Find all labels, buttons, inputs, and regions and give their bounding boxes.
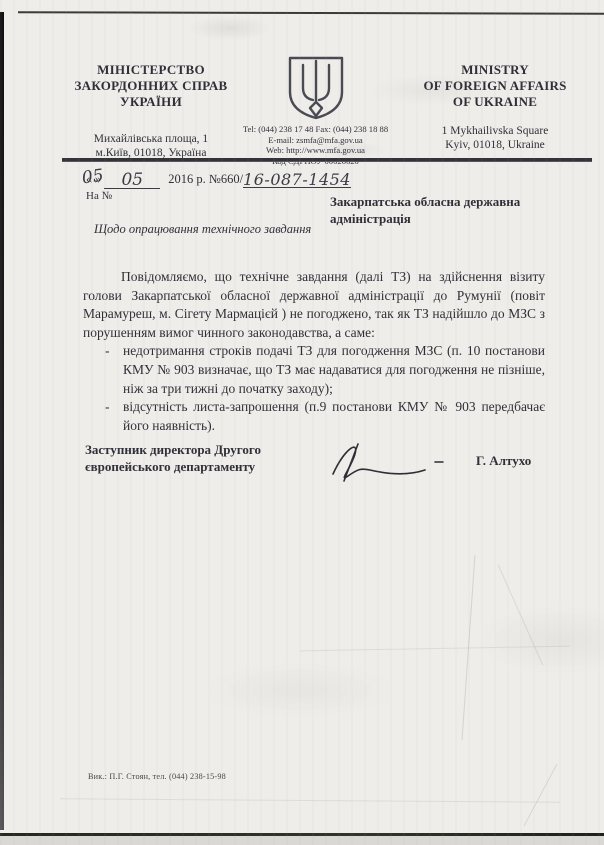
address-en: 1 Mykhailivska Square Kyiv, 01018, Ukrai… (398, 124, 592, 152)
letterhead-ukrainian-block: МІНІСТЕРСТВО ЗАКОРДОННИХ СПРАВ УКРАЇНИ М… (62, 62, 240, 160)
subject-line: Щодо опрацювання технічного завдання (94, 222, 311, 237)
letterhead-english-block: MINISTRY OF FOREIGN AFFAIRS OF UKRAINE 1… (398, 62, 592, 152)
paper-crease (300, 646, 570, 652)
ministry-name-en-line2: OF FOREIGN AFFAIRS (398, 78, 592, 94)
reply-to-label: На № (86, 190, 112, 202)
ukraine-trident-emblem-icon (285, 56, 347, 120)
ministry-name-ua-line3: УКРАЇНИ (62, 94, 240, 110)
body-paragraph: Повідомляємо, що технічне завдання (далі… (83, 268, 545, 342)
reference-number-line: «05» 052016 р. №660/16-087-1454 (86, 168, 351, 189)
handwritten-outgoing-number: 16-087-1454 (243, 170, 351, 189)
letterhead-divider-rule (62, 158, 592, 162)
ministry-name-en-line1: MINISTRY (398, 62, 592, 78)
tel-fax-line: Tel: (044) 238 17 48 Fax: (044) 238 18 8… (228, 124, 403, 135)
handwritten-month: 05 (121, 170, 143, 190)
scanned-letter-page: МІНІСТЕРСТВО ЗАКОРДОННИХ СПРАВ УКРАЇНИ М… (0, 0, 604, 845)
printed-ref-part: 2016 р. №660/ (168, 172, 243, 186)
address-en-line1: 1 Mykhailivska Square (398, 124, 592, 138)
ministry-name-en-line3: OF UKRAINE (398, 94, 592, 110)
bullet-dash: - (105, 398, 123, 435)
paper-crease (462, 555, 476, 740)
number-blank: 16-087-1454 (243, 168, 351, 188)
letterhead-center-block: Tel: (044) 238 17 48 Fax: (044) 238 18 8… (228, 56, 403, 166)
letter-body: Повідомляємо, що технічне завдання (далі… (83, 268, 545, 435)
bullet-dash: - (105, 342, 123, 398)
recipient-block: Закарпатська обласна державна адміністра… (330, 193, 570, 227)
month-blank: 05 (104, 168, 160, 189)
ministry-name-ua: МІНІСТЕРСТВО ЗАКОРДОННИХ СПРАВ УКРАЇНИ (62, 62, 240, 110)
ministry-name-ua-line2: ЗАКОРДОННИХ СПРАВ (62, 78, 240, 94)
address-ua: Михайлівська площа, 1 м.Київ, 01018, Укр… (62, 132, 240, 160)
ministry-name-en: MINISTRY OF FOREIGN AFFAIRS OF UKRAINE (398, 62, 592, 110)
executor-note: Вик.: П.Г. Стоян, тел. (044) 238-15-98 (88, 772, 226, 781)
signer-title: Заступник директора Другого європейськог… (85, 441, 315, 475)
paper-crease (60, 798, 560, 802)
bullet-list: - недотримання строків подачі ТЗ для пог… (105, 342, 545, 435)
recipient-line1: Закарпатська обласна державна (330, 193, 570, 210)
bullet-text-2: відсутність листа-запрошення (п.9 постан… (123, 398, 545, 435)
handwritten-signature (325, 438, 455, 488)
handwritten-day: 05 (81, 166, 105, 189)
scan-artifact-top-line (18, 11, 604, 15)
signer-name: Г. Алтухо (476, 453, 531, 469)
ministry-name-ua-line1: МІНІСТЕРСТВО (62, 62, 240, 78)
address-ua-line1: Михайлівська площа, 1 (62, 132, 240, 146)
paper-crease (524, 764, 558, 826)
recipient-line2: адміністрація (330, 210, 570, 227)
web-line: Web: http://www.mfa.gov.ua (228, 145, 403, 156)
signer-title-line1: Заступник директора Другого (85, 441, 315, 458)
signer-title-line2: європейського департаменту (85, 458, 315, 475)
paper-crease (498, 565, 544, 666)
scan-edge-left-strip (0, 12, 4, 830)
scan-edge-bottom-strip (0, 836, 604, 845)
address-en-line2: Kyiv, 01018, Ukraine (398, 138, 592, 152)
email-line: E-mail: zsmfa@mfa.gov.ua (228, 135, 403, 146)
bullet-item: - недотримання строків подачі ТЗ для пог… (105, 342, 545, 398)
bullet-text-1: недотримання строків подачі ТЗ для погод… (123, 342, 545, 398)
bullet-item: - відсутність листа-запрошення (п.9 пост… (105, 398, 545, 435)
